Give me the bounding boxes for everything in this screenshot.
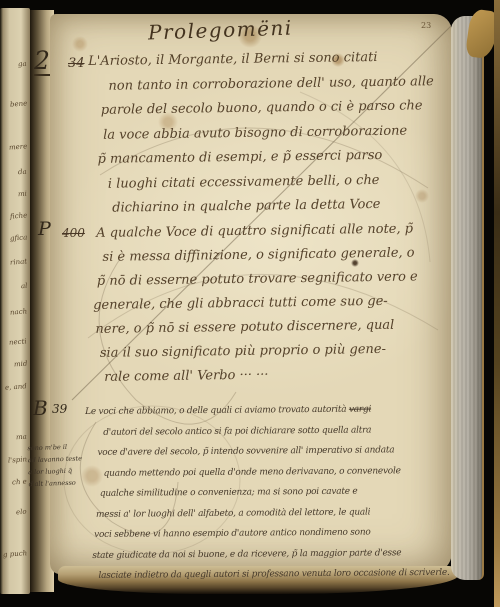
struck-margin-number: 400 [62, 226, 85, 240]
facing-page-text-fragment: elo [16, 508, 27, 517]
facing-page-text-fragment: necti [9, 337, 27, 346]
facing-page-text-fragment: rinat [10, 257, 28, 266]
facing-page-text-fragment: bene [9, 99, 27, 108]
margin-note-line: d'alt l'annesso [28, 476, 100, 491]
facing-page-text-fragment: mere [8, 142, 27, 151]
paragraph-flourish-letter: B [33, 396, 48, 420]
facing-page-text-fragment: ma [16, 433, 27, 442]
page-number: 23 [421, 21, 431, 30]
struck-word: vargi [349, 405, 371, 415]
facing-page-text-fragment: ch e [12, 477, 27, 486]
facing-page-text-fragment: al [20, 282, 27, 290]
facing-page-text-fragment: ga [18, 60, 27, 69]
paragraph-3: Le voci che abbiamo, o delle quali ci av… [85, 399, 450, 587]
facing-page-text-fragment: l'spin [8, 455, 27, 464]
book-cover-edge [494, 0, 500, 607]
text-line: rale come all' Verbo ··· ··· [92, 361, 419, 390]
margin-numeral-mark: 39 [52, 402, 67, 416]
book-fore-edge [451, 16, 484, 580]
facing-page-text-fragment: fiche [9, 211, 27, 220]
paragraph-2: A qualche Voce di quattro significati al… [90, 217, 419, 390]
facing-page-text-fragment: nach [10, 307, 28, 316]
text-line: quando mettendo poi quella d'onde meno d… [86, 460, 449, 484]
margin-annotation: sono m'be il ad lavanno teste a lor luog… [27, 440, 101, 490]
manuscript-photo: ga bene mere da mi fiche gfica rinat al … [0, 0, 500, 607]
facing-page-text-fragment: g puch [3, 549, 28, 559]
facing-page-edge: ga bene mere da mi fiche gfica rinat al … [0, 8, 30, 594]
paragraph-flourish-mark: P [38, 218, 51, 240]
facing-page-text-fragment: mid [13, 360, 27, 369]
text-line-segment: Le voci che abbiamo, o delle quali ci av… [85, 405, 346, 417]
facing-page-text-fragment: gfica [9, 233, 27, 242]
text-line: sia il suo significato più proprio o più… [92, 337, 419, 366]
text-line: lasciate indietro da quegli autori si pr… [86, 563, 449, 587]
facing-page-text-fragment: da [18, 168, 27, 177]
text-line: la voce abbia avuto bisogno di corrobora… [89, 119, 435, 148]
margin-numeral-mark: 2 [34, 48, 50, 76]
text-line: voce d'avere del secolo, p̃ intendo sovv… [85, 440, 448, 464]
struck-margin-number: 34 [68, 56, 85, 71]
page-title: Prolegomëni [148, 15, 293, 44]
facing-page-text-fragment: e, and [5, 382, 27, 391]
paragraph-1: L'Ariosto, il Morgante, il Berni si sono… [88, 45, 436, 221]
facing-page-text-fragment: mi [18, 190, 27, 199]
